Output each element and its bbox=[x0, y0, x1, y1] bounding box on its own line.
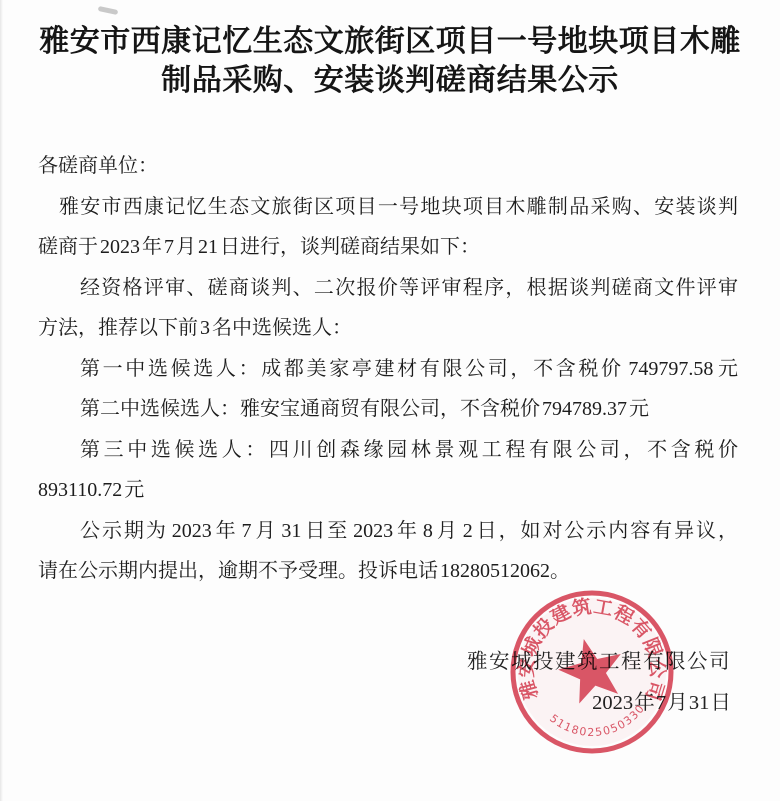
page-title-line1: 雅安市西康记忆生态文旅街区项目一号地块项目木雕 bbox=[0, 22, 780, 61]
scan-speck bbox=[98, 6, 119, 15]
body-line-notice-period: 公示期为 2023 年 7 月 31 日至 2023 年 8 月 2 日，如对公… bbox=[38, 511, 738, 552]
body-line: 雅安市西康记忆生态文旅街区项目一号地块项目木雕制品采购、安装谈判 bbox=[38, 187, 738, 228]
body-line: 请在公示期内提出，逾期不予受理。投诉电话 18280512062。 bbox=[38, 551, 738, 592]
body-line-candidate-3: 第三中选候选人：四川创森缘园林景观工程有限公司，不含税价 bbox=[38, 430, 738, 471]
body-line: 893110.72 元 bbox=[38, 470, 738, 511]
page-title-line2: 制品采购、安装谈判磋商结果公示 bbox=[0, 61, 780, 100]
body-line-candidate-1: 第一中选候选人：成都美家亭建材有限公司，不含税价 749797.58 元 bbox=[38, 349, 738, 390]
body-line: 经资格评审、磋商谈判、二次报价等评审程序，根据谈判磋商文件评审 bbox=[38, 268, 738, 309]
body-line-candidate-2: 第二中选候选人：雅安宝通商贸有限公司，不含税价 794789.37 元 bbox=[38, 389, 738, 430]
scan-edge-artifact bbox=[0, 0, 3, 801]
document-body: 各磋商单位： 雅安市西康记忆生态文旅街区项目一号地块项目木雕制品采购、安装谈判 … bbox=[38, 146, 738, 592]
signature-company: 雅安城投建筑工程有限公司 bbox=[467, 644, 731, 674]
document-page: 雅安市西康记忆生态文旅街区项目一号地块项目木雕 制品采购、安装谈判磋商结果公示 … bbox=[0, 0, 780, 801]
body-line: 方法，推荐以下前 3 名中选候选人： bbox=[38, 308, 738, 349]
page-title: 雅安市西康记忆生态文旅街区项目一号地块项目木雕 制品采购、安装谈判磋商结果公示 bbox=[0, 22, 780, 100]
body-line: 磋商于 2023 年 7 月 21 日进行，谈判磋商结果如下： bbox=[38, 227, 738, 268]
body-line-salutation: 各磋商单位： bbox=[38, 146, 738, 187]
signature-date: 2023 年 7 月 31 日 bbox=[592, 685, 731, 715]
